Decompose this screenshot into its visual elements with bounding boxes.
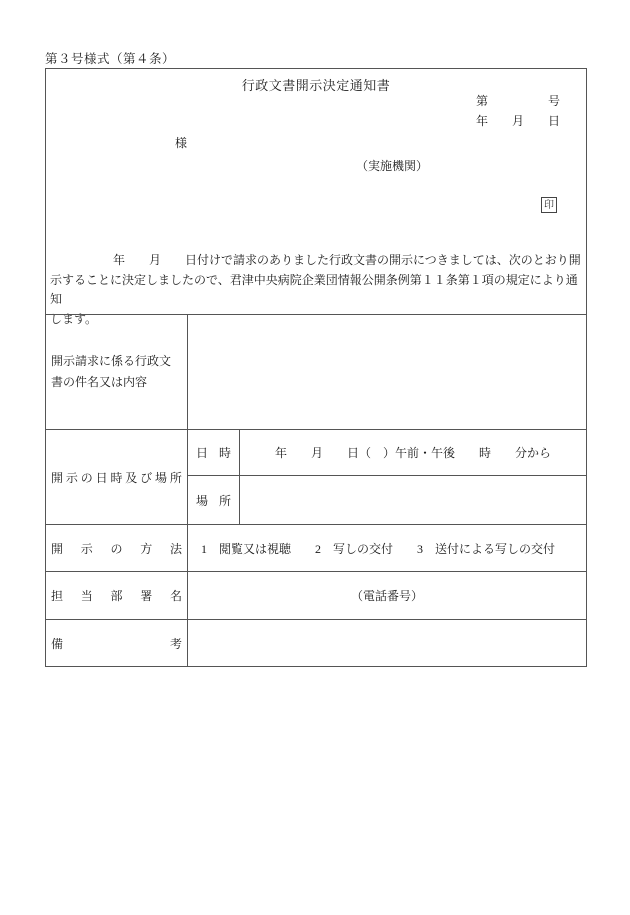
disclosure-details-table: 開示請求に係る行政文書の件名又は内容 開示の日時及び場所 日時 年 月 日（ ）… (46, 314, 586, 666)
document-number-line: 第 号 (476, 92, 560, 109)
row-label-subject-text: 開示請求に係る行政文書の件名又は内容 (51, 351, 182, 393)
issuing-agency-label: （実施機関） (356, 157, 428, 174)
row-label-method-text: 開示の方法 (51, 540, 182, 557)
table-row-remarks: 備考 (46, 619, 586, 666)
row-label-method: 開示の方法 (46, 525, 188, 571)
row-value-subject (188, 315, 586, 429)
row-label-department-text: 担当部署名 (51, 587, 182, 604)
body-line-1: 年 月 日付けで請求のありました行政文書の開示につきましては、次のとおり開 (50, 251, 583, 271)
document-page: 第３号様式（第４条） 行政文書開示決定通知書 第 号 年 月 日 様 （実施機関… (0, 0, 630, 915)
table-row-method: 開示の方法 1 閲覧又は視聴 2 写しの交付 3 送付による写しの交付 (46, 524, 586, 571)
subrow-datetime: 日時 年 月 日（ ）午前・午後 時 分から (188, 430, 586, 475)
subrow-value-datetime: 年 月 日（ ）午前・午後 時 分から (240, 430, 586, 475)
table-row-department: 担当部署名 （電話番号） (46, 571, 586, 619)
notice-form-box: 行政文書開示決定通知書 第 号 年 月 日 様 （実施機関） 印 年 月 日付け… (45, 68, 587, 667)
document-date-line: 年 月 日 (476, 112, 560, 129)
recipient-name-suffix: 様 (175, 134, 187, 151)
table-row-datetime-place: 開示の日時及び場所 日時 年 月 日（ ）午前・午後 時 分から 場所 (46, 429, 586, 524)
subrow-label-place-text: 場所 (196, 492, 231, 509)
row-value-department: （電話番号） (188, 572, 586, 619)
body-line-2: 示することに決定しましたので、君津中央病院企業団情報公開条例第１１条第１項の規定… (50, 271, 583, 310)
row-label-datetime-place: 開示の日時及び場所 (46, 430, 188, 524)
row-label-datetime-place-text: 開示の日時及び場所 (51, 469, 182, 486)
subrow-place: 場所 (188, 475, 586, 525)
row-label-remarks: 備考 (46, 620, 188, 666)
row-label-department: 担当部署名 (46, 572, 188, 619)
table-row-subject: 開示請求に係る行政文書の件名又は内容 (46, 314, 586, 429)
row-value-remarks (188, 620, 586, 666)
subrow-label-datetime-text: 日時 (196, 444, 231, 461)
subrow-label-datetime: 日時 (188, 430, 240, 475)
row-label-remarks-text: 備考 (51, 635, 182, 652)
row-value-method: 1 閲覧又は視聴 2 写しの交付 3 送付による写しの交付 (188, 525, 586, 571)
subrow-label-place: 場所 (188, 476, 240, 525)
datetime-place-subtable: 日時 年 月 日（ ）午前・午後 時 分から 場所 (188, 430, 586, 524)
seal-mark-icon: 印 (541, 197, 557, 213)
form-number-label: 第３号様式（第４条） (45, 49, 175, 67)
row-label-subject: 開示請求に係る行政文書の件名又は内容 (46, 315, 188, 429)
subrow-value-place (240, 476, 586, 525)
